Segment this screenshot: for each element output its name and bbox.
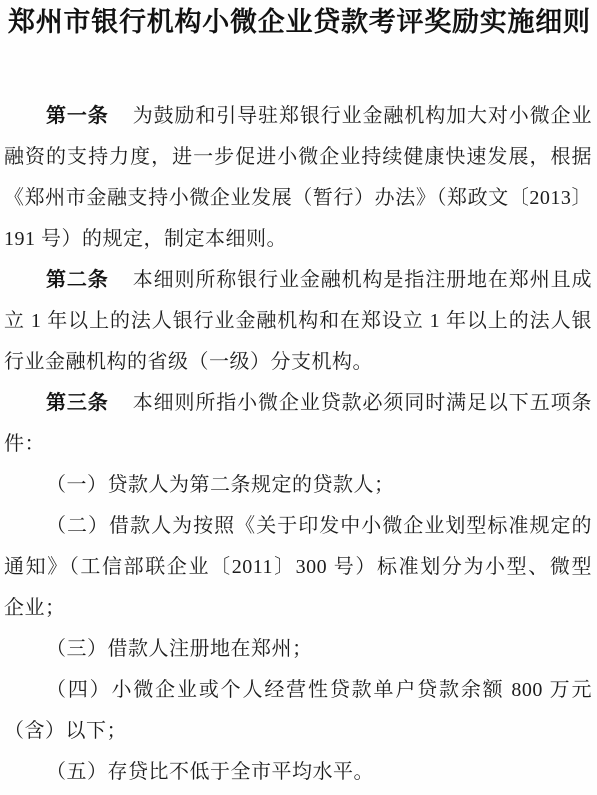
line-text: 立 1 年以上的法人银行业金融机构和在郑设立 1 年以上的法人银 [4, 310, 592, 332]
line-text: 通知》（工信部联企业〔2011〕300 号）标准划分为小型、微型 [4, 556, 592, 578]
line-text: 行业金融机构的省级（一级）分支机构。 [4, 351, 373, 373]
line-text: 融资的支持力度，进一步促进小微企业持续健康快速发展，根据 [4, 146, 592, 168]
article-1-line-2: 融资的支持力度，进一步促进小微企业持续健康快速发展，根据 [4, 137, 592, 178]
line-text: 本细则所指小微企业贷款必须同时满足以下五项条 [133, 392, 592, 414]
line-text: （二）借款人为按照《关于印发中小微企业划型标准规定的 [46, 515, 592, 537]
line-text: 《郑州市金融支持小微企业发展（暂行）办法》（郑政文〔2013〕 [4, 187, 592, 209]
line-text: 191 号）的规定，制定本细则。 [4, 228, 287, 250]
line-text: 本细则所称银行业金融机构是指注册地在郑州且成 [133, 269, 592, 291]
article-2-line-3: 行业金融机构的省级（一级）分支机构。 [4, 342, 592, 383]
line-text: （四）小微企业或个人经营性贷款单户贷款余额 800 万元 [46, 679, 592, 701]
article-1-number: 第一条 [46, 105, 109, 127]
line-text: （含）以下； [4, 720, 127, 742]
article-2-line-1: 第二条本细则所称银行业金融机构是指注册地在郑州且成 [4, 260, 592, 301]
document-body: 第一条为鼓励和引导驻郑银行业金融机构加大对小微企业 融资的支持力度，进一步促进小… [4, 96, 592, 793]
line-text: （一）贷款人为第二条规定的贷款人； [46, 474, 395, 496]
item-2-line-2: 通知》（工信部联企业〔2011〕300 号）标准划分为小型、微型 [4, 547, 592, 588]
article-3-line-2: 件： [4, 424, 592, 465]
item-2-line-3: 企业； [4, 588, 592, 629]
document-page: 郑州市银行机构小微企业贷款考评奖励实施细则 第一条为鼓励和引导驻郑银行业金融机构… [0, 0, 597, 795]
item-3-line-1: （三）借款人注册地在郑州； [4, 629, 592, 670]
line-text: 件： [4, 433, 45, 455]
item-4-line-1: （四）小微企业或个人经营性贷款单户贷款余额 800 万元 [4, 670, 592, 711]
article-2-line-2: 立 1 年以上的法人银行业金融机构和在郑设立 1 年以上的法人银 [4, 301, 592, 342]
article-3-number: 第三条 [46, 392, 109, 414]
line-text: 为鼓励和引导驻郑银行业金融机构加大对小微企业 [133, 105, 592, 127]
item-2-line-1: （二）借款人为按照《关于印发中小微企业划型标准规定的 [4, 506, 592, 547]
article-2-number: 第二条 [46, 269, 109, 291]
article-3-line-1: 第三条本细则所指小微企业贷款必须同时满足以下五项条 [4, 383, 592, 424]
document-title: 郑州市银行机构小微企业贷款考评奖励实施细则 [8, 3, 590, 41]
item-5-line-1: （五）存贷比不低于全市平均水平。 [4, 752, 592, 793]
article-1-line-3: 《郑州市金融支持小微企业发展（暂行）办法》（郑政文〔2013〕 [4, 178, 592, 219]
article-1-line-4: 191 号）的规定，制定本细则。 [4, 219, 592, 260]
line-text: 企业； [4, 597, 66, 619]
item-1-line-1: （一）贷款人为第二条规定的贷款人； [4, 465, 592, 506]
article-1-line-1: 第一条为鼓励和引导驻郑银行业金融机构加大对小微企业 [4, 96, 592, 137]
line-text: （三）借款人注册地在郑州； [46, 638, 313, 660]
line-text: （五）存贷比不低于全市平均水平。 [46, 761, 374, 783]
item-4-line-2: （含）以下； [4, 711, 592, 752]
